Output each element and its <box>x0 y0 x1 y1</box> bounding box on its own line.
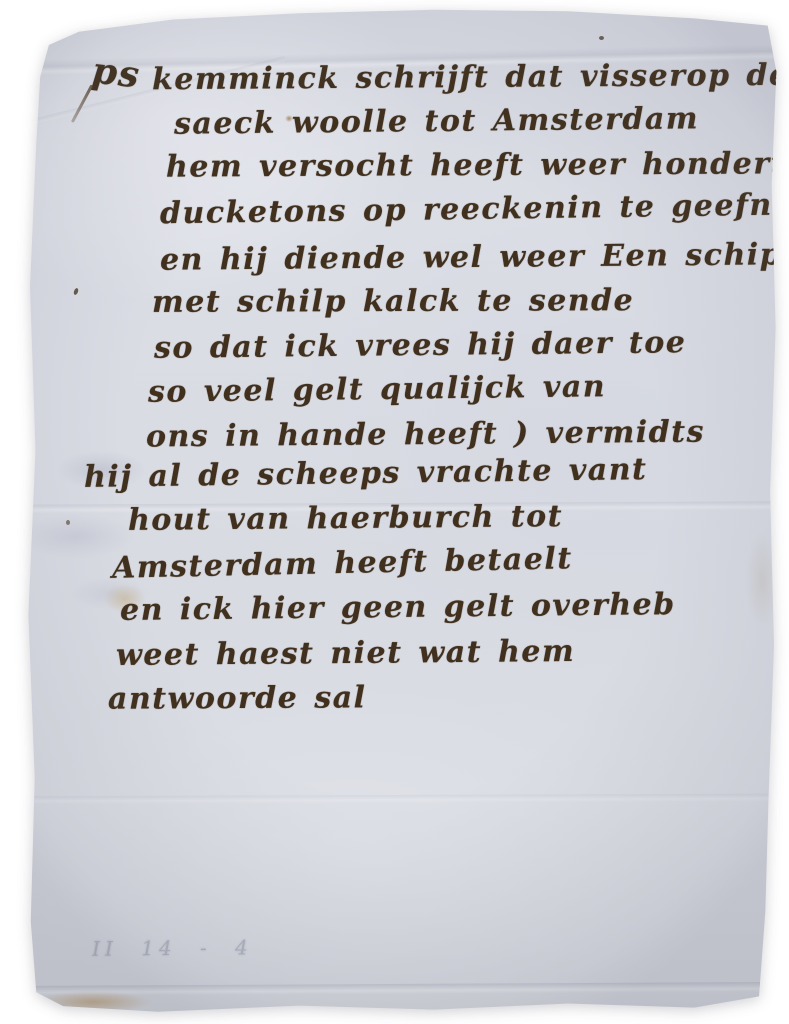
manuscript-line-13: en ick hier geen gelt overheb <box>120 587 676 628</box>
manuscript-line-5: en hij diende wel weer Een schip <box>160 237 782 277</box>
ink-speck <box>599 36 604 40</box>
margin-mark: ps <box>90 50 143 97</box>
scan-background: ps kemminck schrijft dat visserop de sae… <box>0 0 789 1024</box>
ink-speck <box>66 520 70 525</box>
paper-surface: ps kemminck schrijft dat visserop de sae… <box>0 0 789 1024</box>
fold-crease-lower <box>0 794 789 805</box>
manuscript-line-6: met schilp kalck te sende <box>152 283 634 320</box>
manuscript-line-12: Amsterdam heeft betaelt <box>112 541 573 586</box>
ink-speck <box>73 288 79 296</box>
manuscript-line-8: so veel gelt qualijck van <box>148 369 607 410</box>
manuscript-line-11: hout van haerburch tot <box>128 499 563 538</box>
manuscript-line-4: ducketons op reeckenin te geefn <box>160 188 773 232</box>
manuscript-line-15: antwoorde sal <box>108 680 367 716</box>
manuscript-line-14: weet haest niet wat hem <box>116 634 575 673</box>
manuscript-line-7: so dat ick vrees hij daer toe <box>154 325 687 366</box>
edge-stain <box>742 520 782 640</box>
pencil-inventory-mark: II 14 - 4 <box>92 935 253 960</box>
corner-stain <box>18 988 168 1016</box>
manuscript-line-10: hij al de scheeps vrachte vant <box>84 452 648 495</box>
manuscript-line-1: kemminck schrijft dat visserop de <box>152 58 789 97</box>
manuscript-line-3: hem versocht heeft weer hondert <box>166 146 786 184</box>
manuscript-line-2: saeck woolle tot Amsterdam <box>174 101 699 141</box>
manuscript-line-9: ons in hande heeft ) vermidts <box>146 415 705 455</box>
fold-crease-bottom <box>0 982 789 996</box>
paper-sheet: ps kemminck schrijft dat visserop de sae… <box>0 0 789 1024</box>
